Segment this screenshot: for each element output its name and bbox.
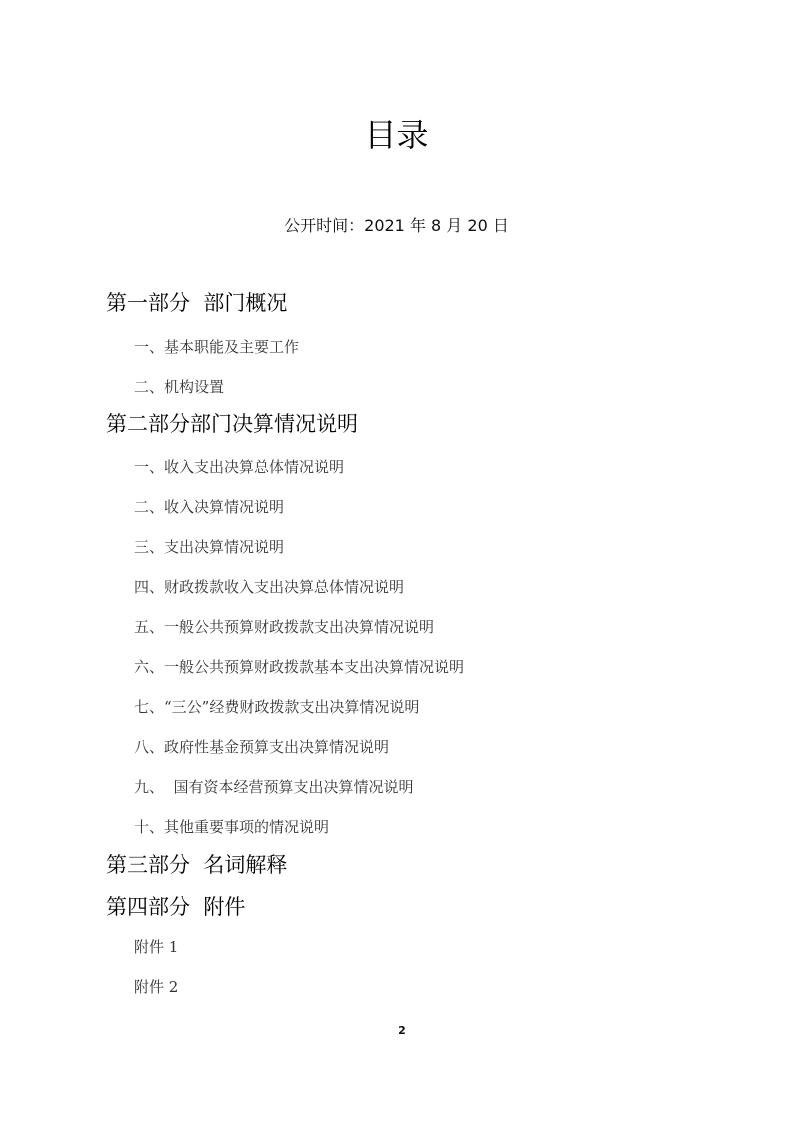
toc-item[interactable]: 三、支出决算情况说明 [134, 535, 284, 559]
toc-item[interactable]: 二、机构设置 [134, 375, 224, 399]
toc-item-attachment-2[interactable]: 附件 2 [134, 975, 178, 999]
toc-part-3[interactable]: 第三部分 名词解释 [106, 850, 287, 880]
toc-part-2[interactable]: 第二部分部门决算情况说明 [106, 409, 358, 439]
toc-item-attachment-1[interactable]: 附件 1 [134, 935, 178, 959]
toc-part-1[interactable]: 第一部分 部门概况 [106, 288, 287, 318]
toc-item[interactable]: 六、一般公共预算财政拨款基本支出决算情况说明 [134, 655, 464, 679]
toc-item[interactable]: 十、其他重要事项的情况说明 [134, 815, 329, 839]
toc-item[interactable]: 一、基本职能及主要工作 [134, 335, 299, 359]
page-title: 目录 [0, 110, 793, 160]
toc-item[interactable]: 四、财政拨款收入支出决算总体情况说明 [134, 575, 404, 599]
toc-item[interactable]: 九、 国有资本经营预算支出决算情况说明 [134, 775, 414, 799]
publish-date: 公开时间：2021 年 8 月 20 日 [0, 212, 793, 240]
toc-item[interactable]: 一、收入支出决算总体情况说明 [134, 455, 344, 479]
toc-item[interactable]: 五、一般公共预算财政拨款支出决算情况说明 [134, 615, 434, 639]
toc-part-4[interactable]: 第四部分 附件 [106, 892, 245, 922]
toc-item[interactable]: 七、“三公”经费财政拨款支出决算情况说明 [134, 695, 419, 719]
toc-item[interactable]: 八、政府性基金预算支出决算情况说明 [134, 735, 389, 759]
toc-item[interactable]: 二、收入决算情况说明 [134, 495, 284, 519]
page-number: 2 [392, 1024, 412, 1037]
document-page: 目录 公开时间：2021 年 8 月 20 日 第一部分 部门概况 一、基本职能… [0, 0, 793, 1122]
